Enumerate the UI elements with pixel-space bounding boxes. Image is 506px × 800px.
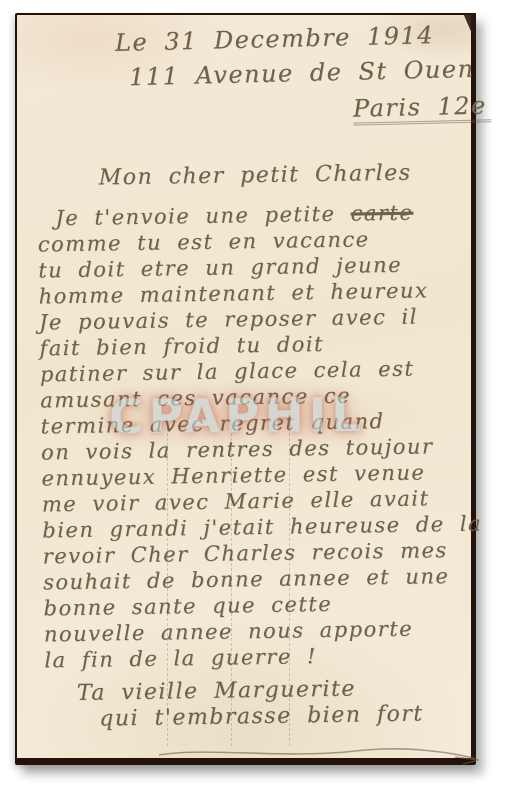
bent-corner	[463, 13, 476, 43]
salutation-line: Mon cher petit Charles	[99, 160, 477, 192]
address-line: 111 Avenue de St Ouen	[129, 55, 475, 91]
struck-word: carte	[350, 201, 413, 226]
city-line: Paris 12e	[353, 91, 491, 125]
signature-flourish	[155, 733, 485, 767]
line-text: Je t'envoie une petite	[55, 202, 335, 230]
date-line: Le 31 Decembre 1914	[115, 21, 435, 57]
handwritten-line: la fin de la guerre !	[44, 641, 484, 674]
postcard: Le 31 Decembre 1914 111 Avenue de St Oue…	[15, 13, 476, 765]
signature-line: qui t'embrasse bien fort	[99, 701, 485, 733]
scan-background: Le 31 Decembre 1914 111 Avenue de St Oue…	[0, 0, 506, 800]
letter-body: Mon cher petit Charles Je t'envoie une p…	[37, 160, 486, 734]
